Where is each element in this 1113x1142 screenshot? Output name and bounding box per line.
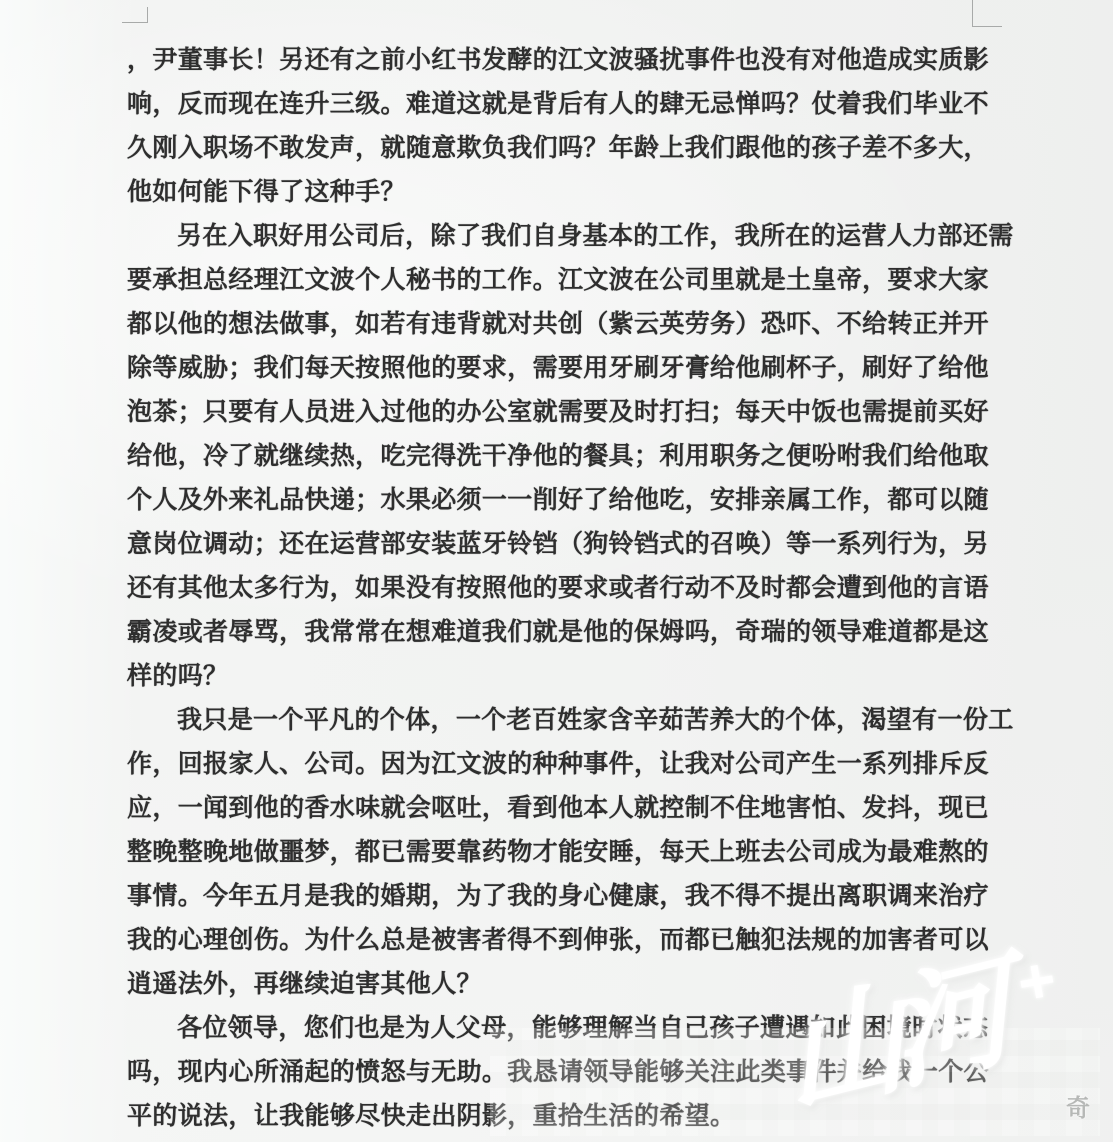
text-line: 霸凌或者辱骂，我常常在想难道我们就是他的保姆吗，奇瑞的领导难道都是这 — [127, 610, 999, 654]
text-line: 吗，现内心所涌起的愤怒与无助。我恳请领导能够关注此类事件并给我一个公 — [127, 1050, 999, 1094]
text-line: 样的吗？ — [127, 654, 999, 698]
text-line: 除等威胁；我们每天按照他的要求，需要用牙刷牙膏给他刷杯子，刷好了给他 — [127, 346, 999, 390]
paragraph: ，尹董事长！另还有之前小红书发酵的江文波骚扰事件也没有对他造成实质影响，反而现在… — [127, 38, 999, 214]
text-line: 事情。今年五月是我的婚期，为了我的身心健康，我不得不提出离职调来治疗 — [127, 874, 999, 918]
watermark-corner-char: 奇 — [1066, 1088, 1090, 1123]
paragraph: 另在入职好用公司后，除了我们自身基本的工作，我所在的运营人力部还需要承担总经理江… — [127, 214, 999, 698]
document-page: ，尹董事长！另还有之前小红书发酵的江文波骚扰事件也没有对他造成实质影响，反而现在… — [0, 0, 1113, 1142]
text-line: 泡茶；只要有人员进入过他的办公室就需要及时打扫；每天中饭也需提前买好 — [127, 390, 999, 434]
text-line: 意岗位调动；还在运营部安装蓝牙铃铛（狗铃铛式的召唤）等一系列行为，另 — [127, 522, 999, 566]
crop-mark-top-right — [972, 0, 1002, 27]
text-line: 我只是一个平凡的个体，一个老百姓家含辛茹苦养大的个体，渴望有一份工 — [127, 698, 999, 742]
text-line: ，尹董事长！另还有之前小红书发酵的江文波骚扰事件也没有对他造成实质影 — [127, 38, 999, 82]
crop-mark-top-left — [122, 7, 148, 23]
text-line: 个人及外来礼品快递；水果必须一一削好了给他吃，安排亲属工作，都可以随 — [127, 478, 999, 522]
text-block: ，尹董事长！另还有之前小红书发酵的江文波骚扰事件也没有对他造成实质影响，反而现在… — [127, 38, 999, 1138]
text-line: 我的心理创伤。为什么总是被害者得不到伸张，而都已触犯法规的加害者可以 — [127, 918, 999, 962]
text-line: 都以他的想法做事，如若有违背就对共创（紫云英劳务）恐吓、不给转正并开 — [127, 302, 999, 346]
paragraph: 各位领导，您们也是为人父母，能够理解当自己孩子遭遇如此困境时状态吗，现内心所涌起… — [127, 1006, 999, 1138]
text-line: 逍遥法外，再继续迫害其他人？ — [127, 962, 999, 1006]
text-line: 另在入职好用公司后，除了我们自身基本的工作，我所在的运营人力部还需 — [127, 214, 999, 258]
text-line: 整晚整晚地做噩梦，都已需要靠药物才能安睡，每天上班去公司成为最难熬的 — [127, 830, 999, 874]
text-line: 他如何能下得了这种手？ — [127, 170, 999, 214]
text-line: 应，一闻到他的香水味就会呕吐，看到他本人就控制不住地害怕、发抖，现已 — [127, 786, 999, 830]
text-line: 平的说法，让我能够尽快走出阴影，重拾生活的希望。 — [127, 1094, 999, 1138]
text-line: 久刚入职场不敢发声，就随意欺负我们吗？年龄上我们跟他的孩子差不多大， — [127, 126, 999, 170]
text-line: 还有其他太多行为，如果没有按照他的要求或者行动不及时都会遭到他的言语 — [127, 566, 999, 610]
paragraph: 我只是一个平凡的个体，一个老百姓家含辛茹苦养大的个体，渴望有一份工作，回报家人、… — [127, 698, 999, 1006]
text-line: 响，反而现在连升三级。难道这就是背后有人的肆无忌惮吗？仗着我们毕业不 — [127, 82, 999, 126]
text-line: 要承担总经理江文波个人秘书的工作。江文波在公司里就是土皇帝，要求大家 — [127, 258, 999, 302]
text-line: 作，回报家人、公司。因为江文波的种种事件，让我对公司产生一系列排斥反 — [127, 742, 999, 786]
text-line: 给他，冷了就继续热，吃完得洗干净他的餐具；利用职务之便吩咐我们给他取 — [127, 434, 999, 478]
watermark-plus-icon: + — [1012, 941, 1062, 1020]
text-line: 各位领导，您们也是为人父母，能够理解当自己孩子遭遇如此困境时状态 — [127, 1006, 999, 1050]
